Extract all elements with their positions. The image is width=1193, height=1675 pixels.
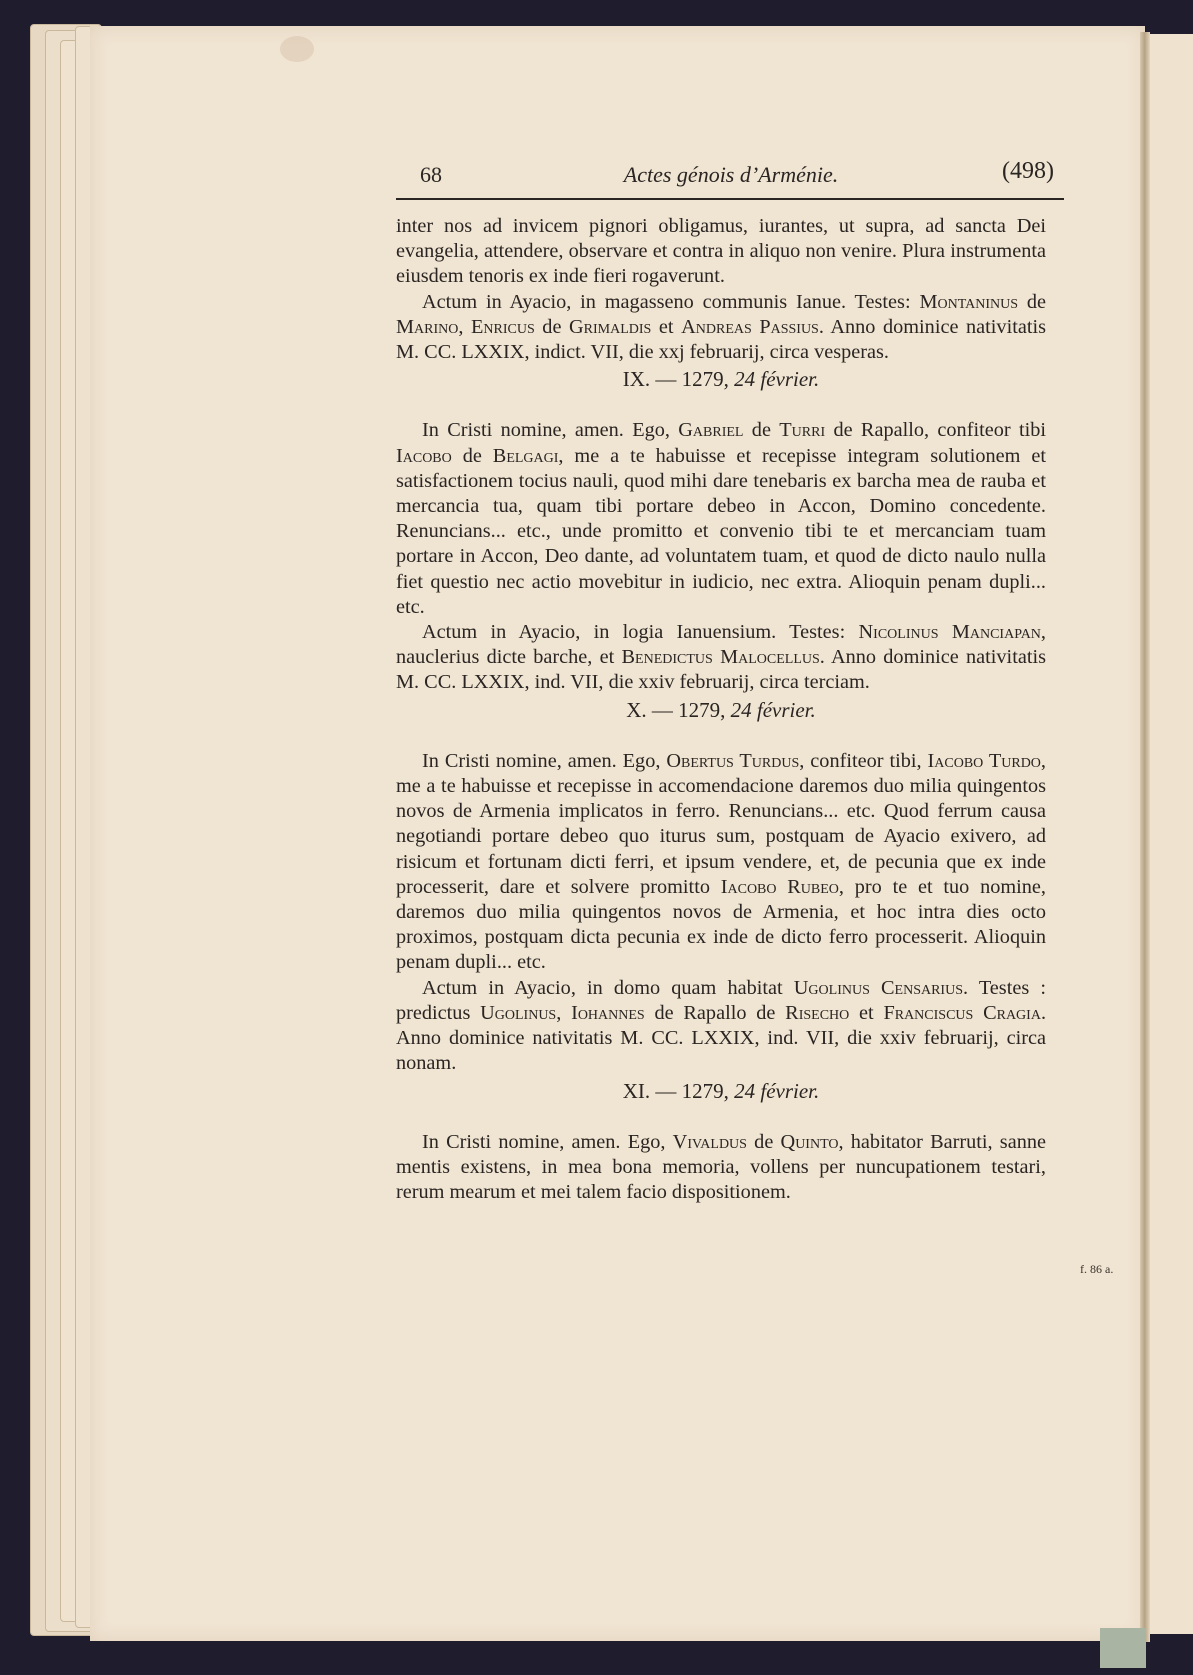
proper-name: Montaninus [919, 291, 1018, 313]
act-number: IX. — 1279, [623, 367, 734, 391]
act-date: 24 février. [734, 367, 819, 391]
proper-name: Iohannes [571, 1002, 645, 1024]
margin-note: f. 86 a. [1080, 1262, 1113, 1277]
proper-name: Iacobo Turdo [928, 750, 1041, 772]
running-title: Actes génois d’Arménie. [396, 162, 1066, 188]
proper-name: Ugolinus Censarius [794, 977, 963, 999]
proper-name: Enricus [471, 316, 535, 338]
act-number: XI. — 1279, [623, 1079, 734, 1103]
book-gutter [1140, 32, 1150, 1642]
paragraph: In Cristi nomine, amen. Ego, Vivaldus de… [396, 1130, 1046, 1206]
text-run: de Rapallo de [645, 1002, 785, 1024]
paragraph: Actum in Ayacio, in domo quam habitat Ug… [396, 976, 1046, 1077]
paragraph: inter nos ad invicem pignori obligamus, … [396, 214, 1046, 290]
text-run: de [747, 1131, 781, 1153]
act-date: 24 février. [731, 698, 816, 722]
act-heading: X. — 1279, 24 février. [396, 698, 1046, 723]
proper-name: Nicolinus Manciapan [859, 621, 1041, 643]
text-run: et [849, 1002, 883, 1024]
proper-name: Andreas Passius [681, 316, 819, 338]
running-header: 68 Actes génois d’Arménie. (498) [396, 158, 1066, 190]
proper-name: Gabriel [678, 419, 743, 441]
proper-name: Benedictus Malocellus [622, 646, 820, 668]
ribbon-marker [1100, 1628, 1146, 1668]
proper-name: Grimaldis [569, 316, 651, 338]
proper-name: Turri [779, 419, 825, 441]
proper-name: Franciscus Cragia [883, 1002, 1041, 1024]
original-page-reference: (498) [1002, 158, 1054, 185]
text-run: de Rapallo, confiteor tibi [825, 419, 1046, 441]
paragraph: Actum in Ayacio, in magasseno communis I… [396, 290, 1046, 366]
proper-name: Ugolinus [480, 1002, 556, 1024]
text-run: et [651, 316, 681, 338]
text-run: , confiteor tibi, [799, 750, 927, 772]
text-run: de [452, 445, 493, 467]
text-run: inter nos ad invicem pignori obligamus, … [396, 215, 1046, 287]
paragraph: In Cristi nomine, amen. Ego, Gabriel de … [396, 418, 1046, 620]
text-run: de [535, 316, 569, 338]
proper-name: Risecho [785, 1002, 849, 1024]
text-run: de [1018, 291, 1046, 313]
facing-page-edge [1150, 34, 1193, 1634]
text-run: In Cristi nomine, amen. Ego, [422, 750, 666, 772]
proper-name: Obertus Turdus [666, 750, 799, 772]
text-run: In Cristi nomine, amen. Ego, [422, 1131, 673, 1153]
proper-name: Marino [396, 316, 458, 338]
paragraph: Actum in Ayacio, in logia Ianuensium. Te… [396, 620, 1046, 696]
text-run: In Cristi nomine, amen. Ego, [422, 419, 678, 441]
document-body: inter nos ad invicem pignori obligamus, … [396, 214, 1046, 1205]
act-heading: XI. — 1279, 24 février. [396, 1079, 1046, 1104]
text-run: Actum in Ayacio, in domo quam habitat [422, 977, 794, 999]
act-heading: IX. — 1279, 24 février. [396, 367, 1046, 392]
proper-name: Iacobo Rubeo [721, 876, 839, 898]
proper-name: Vivaldus [673, 1131, 747, 1153]
text-run: Actum in Ayacio, in magasseno communis I… [422, 291, 919, 313]
proper-name: Belgagi [493, 445, 559, 467]
header-rule [396, 198, 1064, 200]
text-run: Actum in Ayacio, in logia Ianuensium. Te… [422, 621, 859, 643]
act-number: X. — 1279, [626, 698, 730, 722]
text-run: , [458, 316, 471, 338]
paper-stain [280, 36, 314, 62]
text-run: de [743, 419, 779, 441]
act-date: 24 février. [734, 1079, 819, 1103]
proper-name: Iacobo [396, 445, 452, 467]
paragraph: In Cristi nomine, amen. Ego, Obertus Tur… [396, 749, 1046, 976]
text-run: , me a te habuisse et recepisse integram… [396, 445, 1046, 618]
text-run: , [556, 1002, 571, 1024]
proper-name: Quinto [781, 1131, 839, 1153]
